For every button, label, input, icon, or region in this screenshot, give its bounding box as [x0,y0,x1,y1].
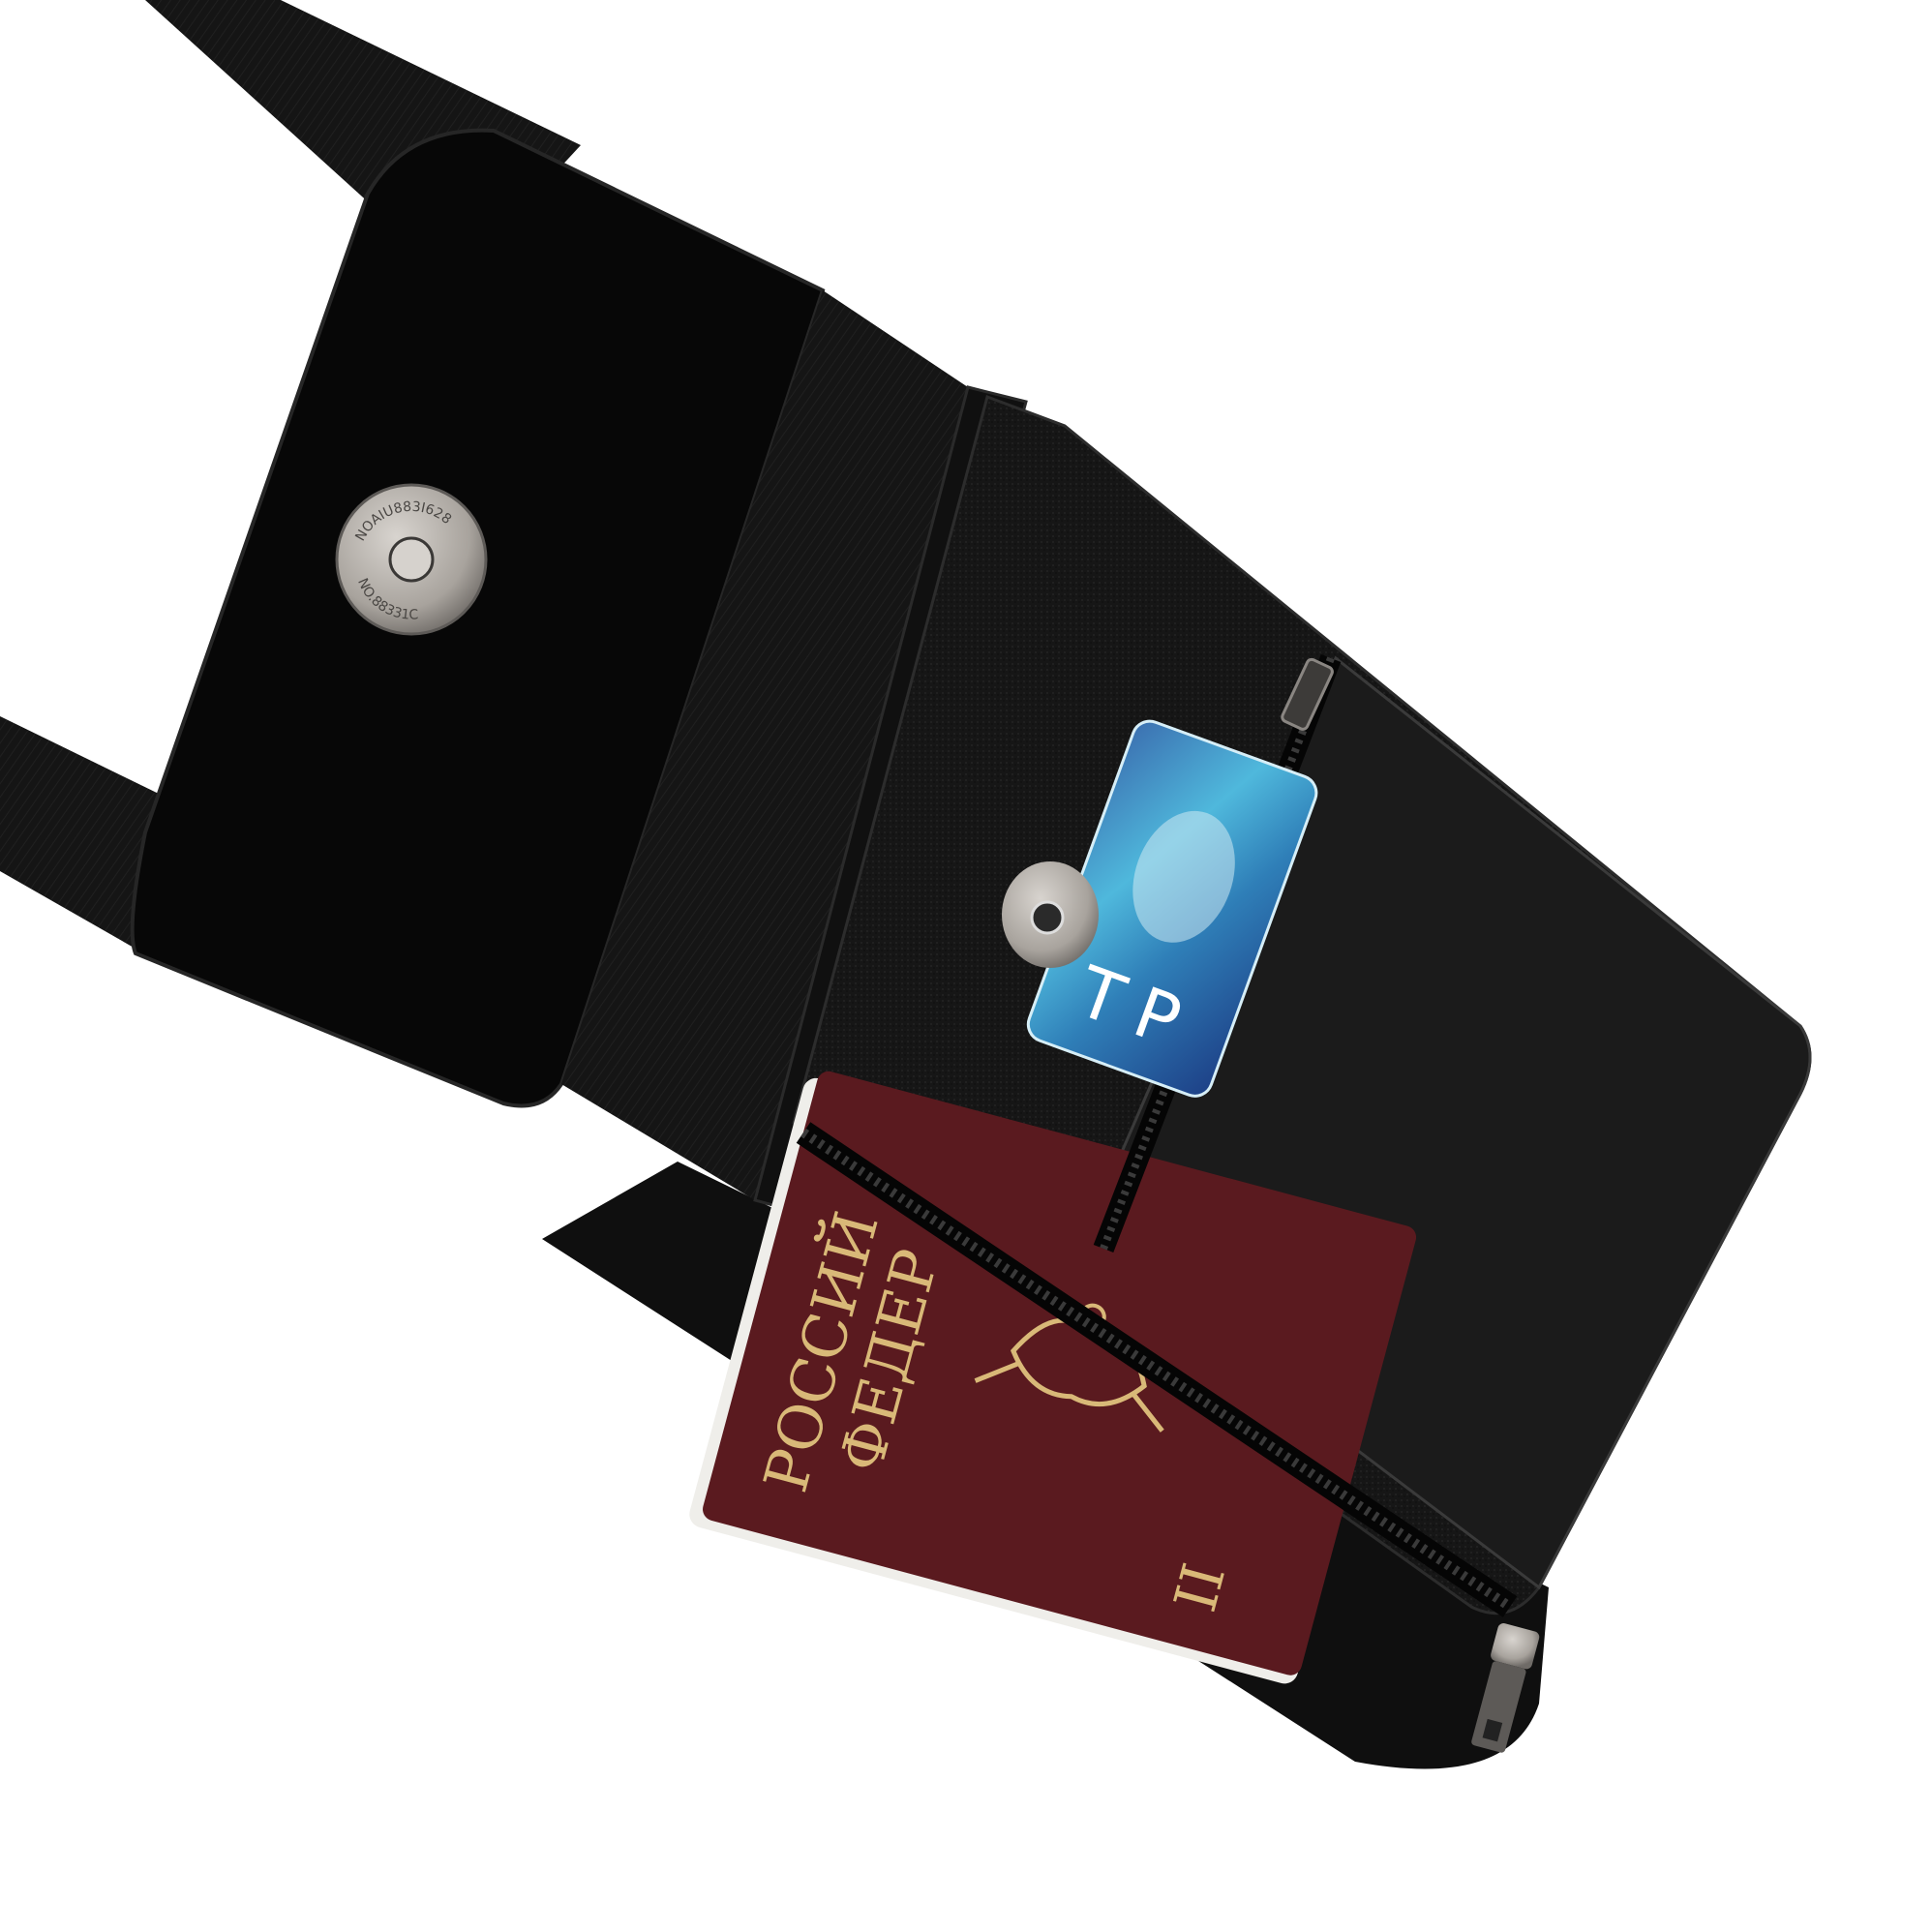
product-photo: РОССИЙ ФЕДЕР II TP [0,0,1932,1932]
front-snap-button[interactable] [1002,861,1099,968]
flap-snap-button[interactable]: NOAIU883I628 NO.88331C [337,485,486,634]
